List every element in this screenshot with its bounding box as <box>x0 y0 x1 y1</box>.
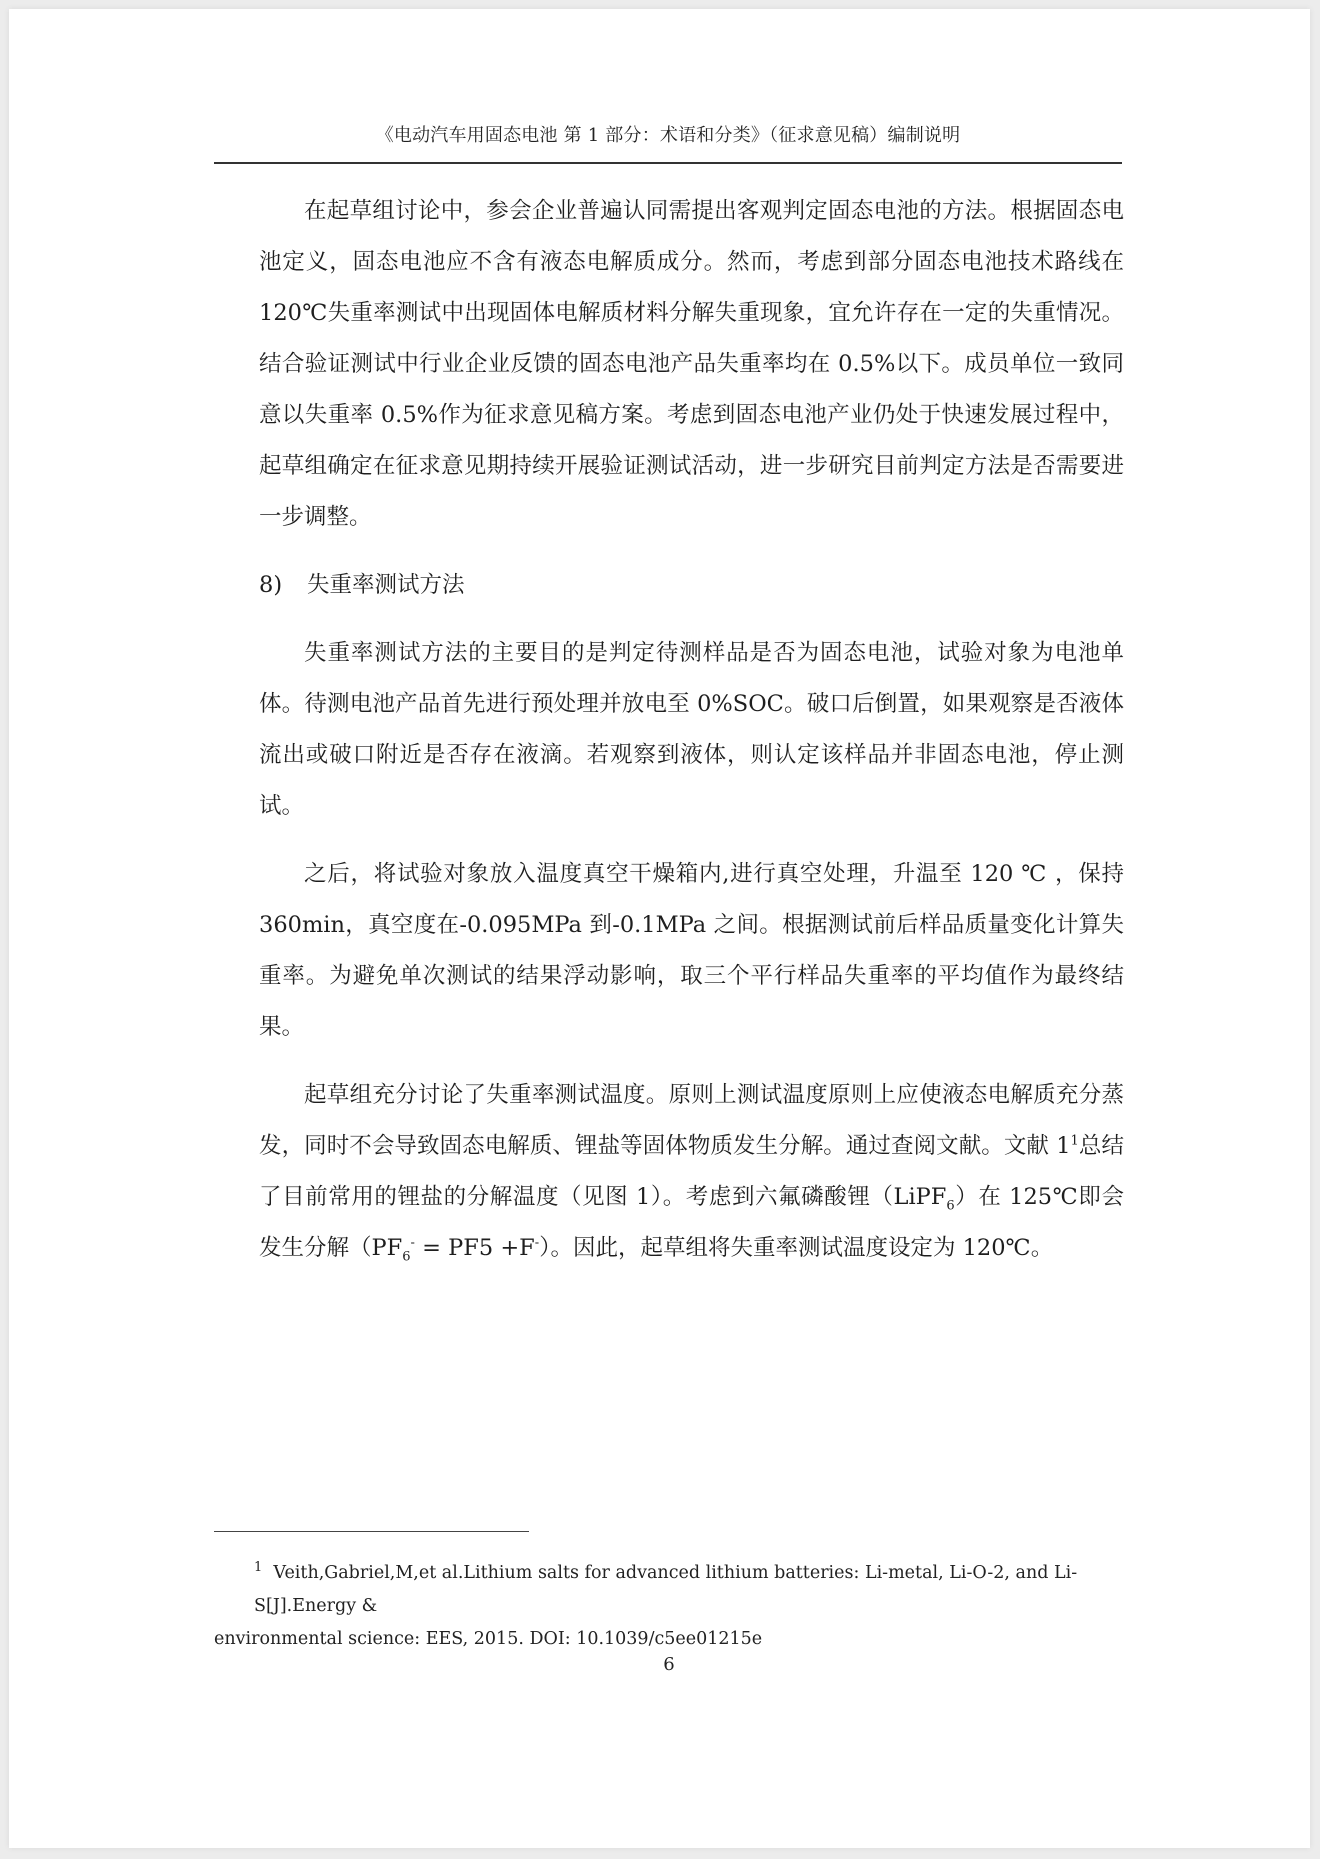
paragraph-test-temperature: 起草组充分讨论了失重率测试温度。原则上测试温度原则上应使液态电解质充分蒸发，同时… <box>259 1070 1124 1274</box>
text-span: ）。因此，起草组将失重率测试温度设定为 120℃。 <box>539 1235 1053 1261</box>
footnote: 1 Veith,Gabriel,M,et al.Lithium salts fo… <box>214 1557 1124 1656</box>
section-number: 8) <box>259 560 307 611</box>
paragraph-test-purpose: 失重率测试方法的主要目的是判定待测样品是否为固态电池，试验对象为电池单体。待测电… <box>259 628 1124 832</box>
running-header: 《电动汽车用固态电池 第 1 部分：术语和分类》（征求意见稿）编制说明 <box>214 121 1122 147</box>
text-span: 起草组充分讨论了失重率测试温度。原则上测试温度原则上应使液态电解质充分蒸发，同时… <box>259 1082 1124 1159</box>
footnote-divider <box>214 1531 529 1532</box>
body-text: 在起草组讨论中，参会企业普遍认同需提出客观判定固态电池的方法。根据固态电池定义，… <box>259 186 1124 1274</box>
document-page: 《电动汽车用固态电池 第 1 部分：术语和分类》（征求意见稿）编制说明 在起草组… <box>9 9 1310 1848</box>
page-number: 6 <box>649 1654 689 1675</box>
footnote-line-2: environmental science: EES, 2015. DOI: 1… <box>214 1623 1124 1656</box>
subscript: 6 <box>402 1250 410 1265</box>
section-heading: 8)失重率测试方法 <box>259 560 1124 611</box>
footnote-text: Veith,Gabriel,M,et al.Lithium salts for … <box>254 1563 1077 1616</box>
footnote-reference[interactable]: 1 <box>1071 1134 1079 1149</box>
header-divider <box>214 162 1122 164</box>
section-title: 失重率测试方法 <box>307 572 465 598</box>
footnote-marker: 1 <box>254 1560 262 1575</box>
text-span: = PF5 +F <box>415 1235 535 1261</box>
subscript: 6 <box>946 1199 954 1214</box>
paragraph-draft-discussion: 在起草组讨论中，参会企业普遍认同需提出客观判定固态电池的方法。根据固态电池定义，… <box>259 186 1124 543</box>
footnote-line-1: 1 Veith,Gabriel,M,et al.Lithium salts fo… <box>214 1557 1124 1623</box>
paragraph-test-procedure: 之后，将试验对象放入温度真空干燥箱内,进行真空处理，升温至 120 ℃ ，保持3… <box>259 849 1124 1053</box>
